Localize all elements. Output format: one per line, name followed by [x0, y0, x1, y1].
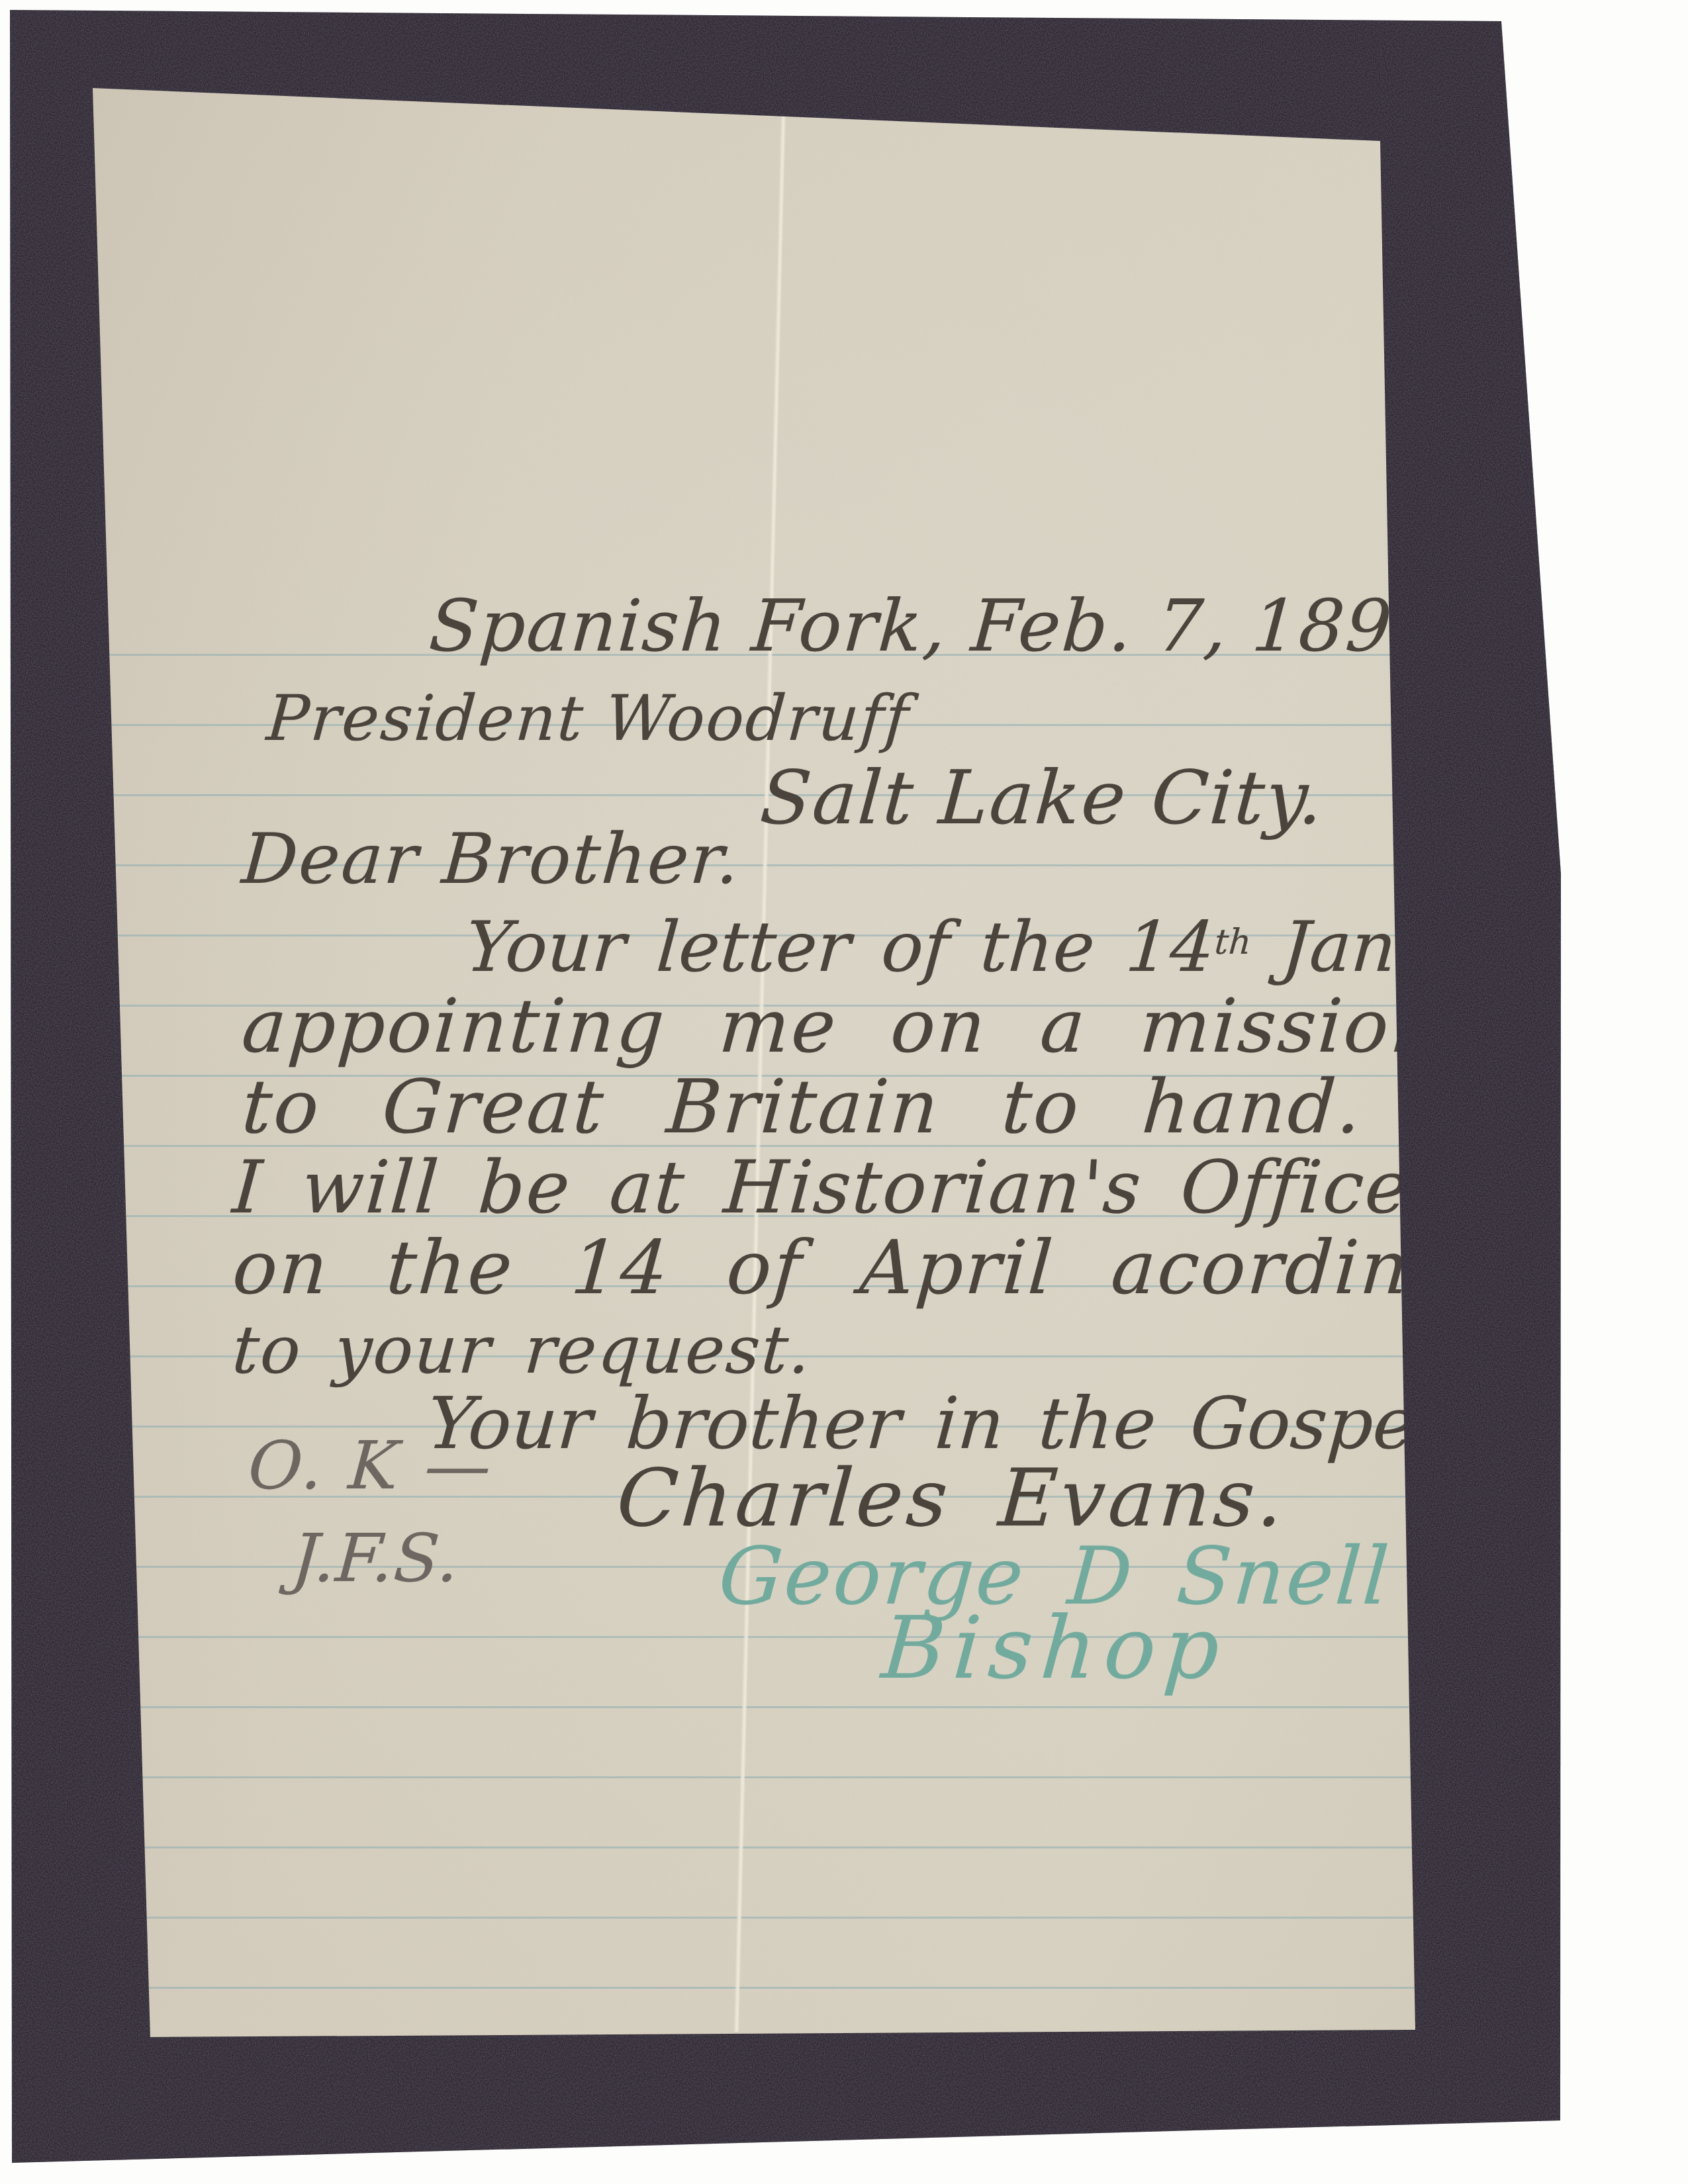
- body-line-6: to your request.: [230, 1317, 814, 1383]
- salutation: Dear Brother.: [240, 825, 743, 894]
- date-line: Spanish Fork, Feb. 7, 1891.: [427, 591, 1466, 662]
- body-line-1: Your letter of the 14th Jan.: [463, 913, 1421, 982]
- body-line-1-text: Your letter of the 14: [463, 907, 1217, 987]
- closing-line: Your brother in the Gospel: [425, 1388, 1441, 1460]
- body-line-2: appointing me on a mission: [240, 989, 1443, 1064]
- body-line-3: to Great Britain to hand.: [240, 1070, 1366, 1144]
- recipient-name: President Woodruff: [265, 688, 912, 751]
- endorsement-title-bishop: Bishop: [879, 1605, 1230, 1691]
- body-line-4: I will be at Historian's Office: [230, 1151, 1412, 1224]
- recipient-city: Salt Lake City.: [758, 761, 1327, 835]
- body-line-1-ordinal: th: [1213, 922, 1252, 962]
- scan-background: Spanish Fork, Feb. 7, 1891. President Wo…: [0, 0, 1688, 2184]
- signature-charles-evans: Charles Evans.: [614, 1459, 1289, 1539]
- body-line-5: on the 14 of April acording: [230, 1231, 1462, 1305]
- margin-annotation-ok: O. K —: [246, 1433, 496, 1499]
- margin-annotation-jfs: J.F.S.: [290, 1525, 461, 1592]
